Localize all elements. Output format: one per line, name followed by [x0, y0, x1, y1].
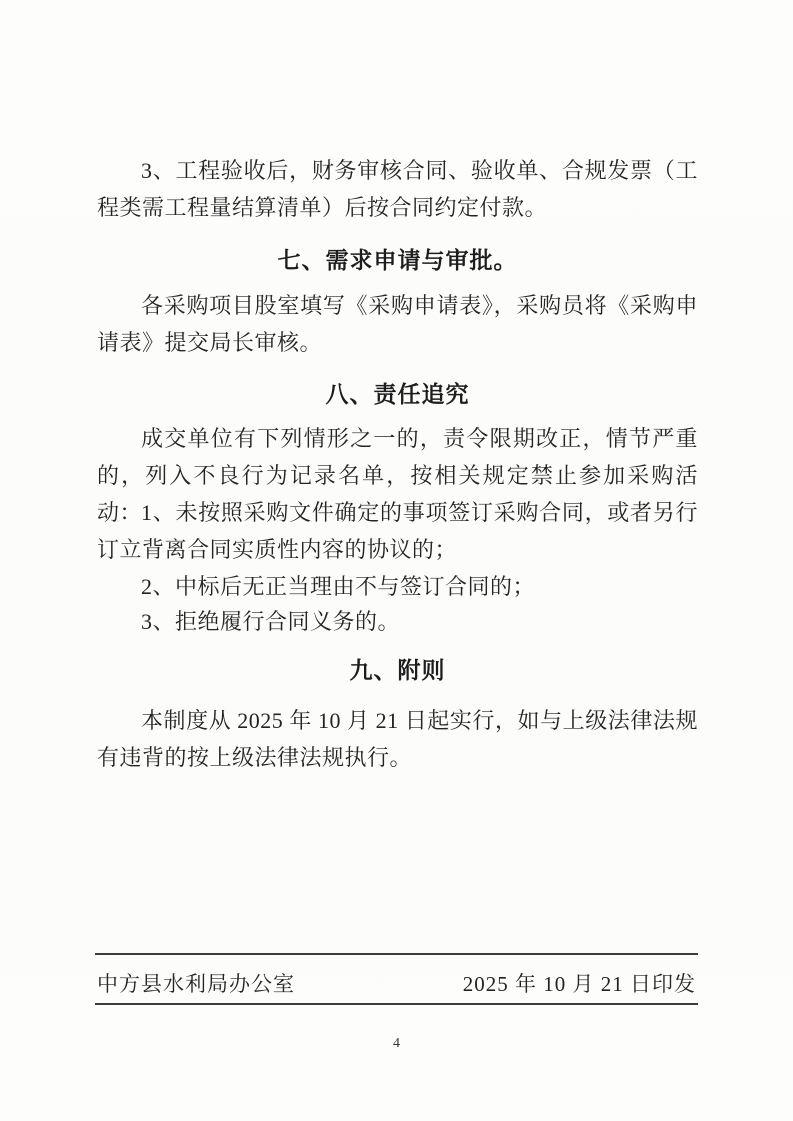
- paragraph-payment-clause: 3、工程验收后，财务审核合同、验收单、合规发票（工程类需工程量结算清单）后按合同…: [97, 152, 698, 226]
- section-heading-8: 八、责任追究: [97, 380, 698, 408]
- page-number: 4: [0, 1036, 793, 1052]
- document-page: 3、工程验收后，财务审核合同、验收单、合规发票（工程类需工程量结算清单）后按合同…: [0, 0, 793, 1121]
- list-item-2: 2、中标后无正当理由不与签订合同的；: [97, 568, 698, 605]
- paragraph-effective-date: 本制度从 2025 年 10 月 21 日起实行，如与上级法律法规有违背的按上级…: [97, 702, 698, 776]
- list-item-1: 1、未按照采购文件确定的事项签订采购合同，或者另行订立背离合同实质性内容的协议的…: [97, 494, 698, 568]
- colophon-block: 中方县水利局办公室 2025 年 10 月 21 日印发: [95, 953, 698, 1005]
- issuing-office: 中方县水利局办公室: [97, 968, 295, 998]
- print-date: 2025 年 10 月 21 日印发: [463, 968, 696, 998]
- paragraph-request-approval: 各采购项目股室填写《采购申请表》，采购员将《采购申请表》提交局长审核。: [97, 287, 698, 361]
- section-heading-9: 九、附则: [97, 656, 698, 684]
- section-heading-7: 七、需求申请与审批。: [97, 246, 698, 274]
- list-item-3: 3、拒绝履行合同义务的。: [97, 603, 698, 640]
